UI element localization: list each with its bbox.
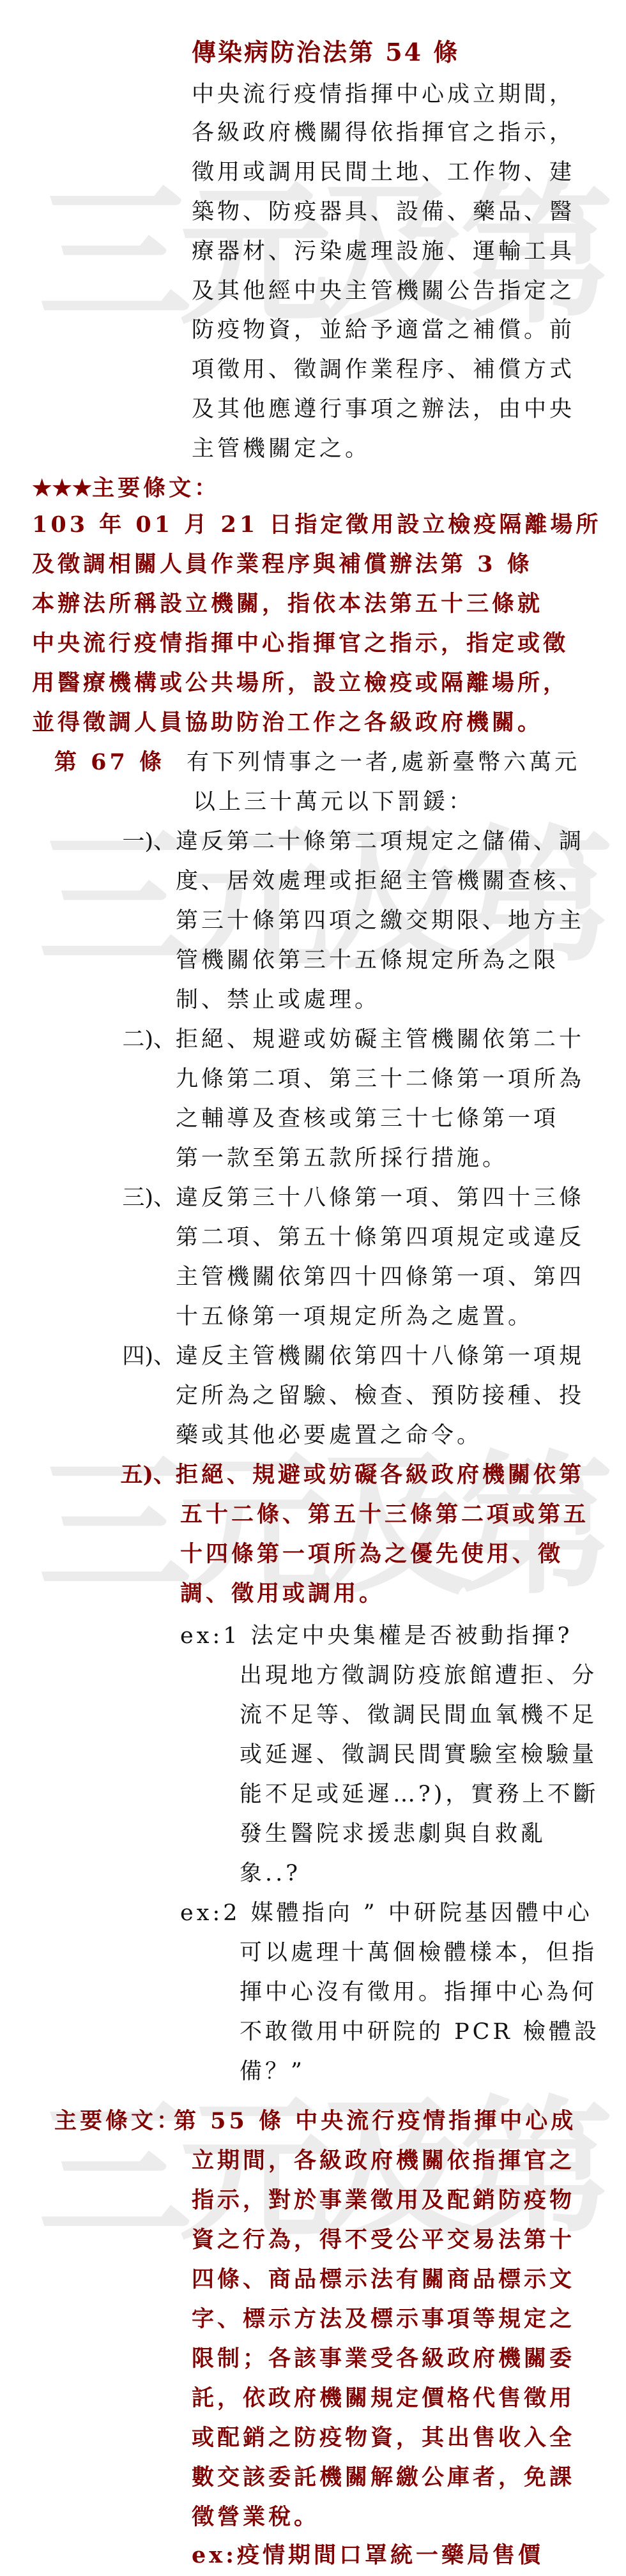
text-line: 103 年 01 月 21 日指定徵用設立檢疫隔離場所 [32,511,601,539]
article67-intro: 以上三十萬元以下罰鍰： [193,788,474,816]
text-line: 限制；各該事業受各級政府機關委 [192,2345,575,2373]
text-line: 出現地方徵調防疫旅館遭拒、分 [240,1662,597,1690]
text-line: 指示，對於事業徵用及配銷防疫物 [192,2186,575,2215]
item-marker: 一)、 [112,828,176,856]
text-line: 拒絕、規避或妨礙主管機關依第二十 [176,1026,584,1054]
example-question: 法定中央集權是否被動指揮? [251,1623,573,1649]
text-line: 並得徵調人員協助防治工作之各級政府機關。 [32,709,543,737]
text-line: 管機關依第三十五條規定所為之限 [176,946,559,974]
example-number: ex:2 [180,1900,241,1926]
text-line: 徵營業稅。 [192,2503,319,2531]
heading-label: 主要條文： [92,475,220,501]
text-line: 療器材、污染處理設施、運輸工具 [192,238,575,266]
text-line: 各級政府機關得依指揮官之指示， [192,119,575,147]
text-line: 能不足或延遲…?)，實務上不斷 [240,1780,599,1808]
text-line: 流不足等、徵調民間血氧機不足 [240,1701,597,1729]
text-line: 中央流行疫情指揮中心指揮官之指示，指定或徵 [32,630,569,658]
article54-title: 傳染病防治法第 54 條 [192,38,459,66]
text-line: 之輔導及查核或第三十七條第一項 [176,1105,559,1133]
text-line: 築物、防疫器具、設備、藥品、醫 [192,198,575,226]
text-line: 本辦法所稱設立機關，指依本法第五十三條就 [32,590,543,618]
text-line: 度、居效處理或拒絕主管機關查核、 [176,867,584,895]
text-line: 立期間，各級政府機關依指揮官之 [192,2147,575,2175]
text-line: 主管機關定之。 [192,435,370,463]
text-line: 九條第二項、第三十二條第一項所為 [176,1065,584,1093]
text-line: 第 55 條 中央流行疫情指揮中心成 [174,2107,576,2135]
text-line: 及其他應遵行事項之辦法，由中央 [192,395,575,423]
watermark-char: 三 [38,172,179,338]
text-line: 項徵用、徵調作業程序、補償方式 [192,356,575,384]
text-line: 第二項、第五十條第四項規定或違反 [176,1224,584,1252]
text-line: 制、禁止或處理。 [176,986,380,1014]
text-line: 拒絕、規避或妨礙各級政府機關依第 [176,1461,584,1489]
article67-intro: 有下列情事之一者,處新臺幣六萬元 [187,748,580,777]
text-line: 徵用或調用民間土地、工作物、建 [192,158,575,186]
item-marker: 三)、 [112,1184,176,1212]
text-line: 第一款至第五款所採行措施。 [176,1144,508,1172]
text-line: 調、徵用或調用。 [180,1580,385,1608]
text-line: 及其他經中央主管機關公告指定之 [192,277,575,305]
article55-label: 主要條文： [54,2107,182,2135]
text-line: 五十二條、第五十三條第二項或第五 [180,1501,589,1529]
text-line: 資之行為，得不受公平交易法第十 [192,2226,575,2254]
text-line: 發生醫院求援悲劇與自救亂 [240,1820,546,1848]
text-line: 違反主管機關依第四十八條第一項規 [176,1342,584,1370]
example-label: ex:2 媒體指向 ” 中研院基因體中心 [180,1899,593,1927]
item-marker: 五)、 [112,1461,176,1489]
text-line: 十四條第一項所為之優先使用、徵 [180,1540,563,1568]
text-line: 象..? [240,1860,301,1888]
text-line: 違反第三十八條第一項、第四十三條 [176,1184,584,1212]
example-label: ex:1 法定中央集權是否被動指揮? [180,1622,572,1650]
text-line: 可以處理十萬個檢體樣本，但指 [240,1939,597,1967]
article55-example: ex:疫情期間口罩統一藥局售價 [192,2542,544,2570]
text-line: 用醫療機構或公共場所，設立檢疫或隔離場所， [32,669,569,697]
text-line: 或配銷之防疫物資，其出售收入全 [192,2424,575,2452]
item-marker: 四)、 [112,1342,176,1370]
text-line: 託，依政府機關規定價格代售徵用 [192,2384,575,2413]
text-line: 及徵調相關人員作業程序與補償辦法第 3 條 [32,550,533,579]
text-line: 不敢徵用中研院的 PCR 檢體設 [240,2018,600,2046]
text-line: 中央流行疫情指揮中心成立期間， [192,80,575,109]
text-line: 揮中心沒有徵用。指揮中心為何 [240,1978,597,2006]
text-line: 第三十條第四項之繳交期限、地方主 [176,907,584,935]
star-rating-icon: ★★★ [32,475,92,501]
text-line: 定所為之留驗、檢查、預防接種、投 [176,1382,584,1410]
example-number: ex:1 [180,1623,241,1649]
text-line: 十五條第一項規定所為之處置。 [176,1303,533,1331]
text-line: 數交該委託機關解繳公庫者，免課 [192,2464,575,2492]
text-line: 防疫物資，並給予適當之補償。前 [192,316,575,344]
text-line: 字、標示方法及標示事項等規定之 [192,2305,575,2333]
text-line: 藥或其他必要處置之命令。 [176,1421,482,1450]
text-line: 主管機關依第四十四條第一項、第四 [176,1263,584,1291]
text-line: 備？” [240,2057,305,2086]
text-line: 或延遲、徵調民間實驗室檢驗量 [240,1741,597,1769]
main-provision-heading: ★★★主要條文： [32,474,220,503]
text-line: 四條、商品標示法有關商品標示文 [192,2266,575,2294]
example-question: 媒體指向 ” 中研院基因體中心 [251,1900,593,1926]
item-marker: 二)、 [112,1026,176,1054]
text-line: 違反第二十條第二項規定之儲備、調 [176,828,584,856]
article67-label: 第 67 條 [54,748,165,777]
